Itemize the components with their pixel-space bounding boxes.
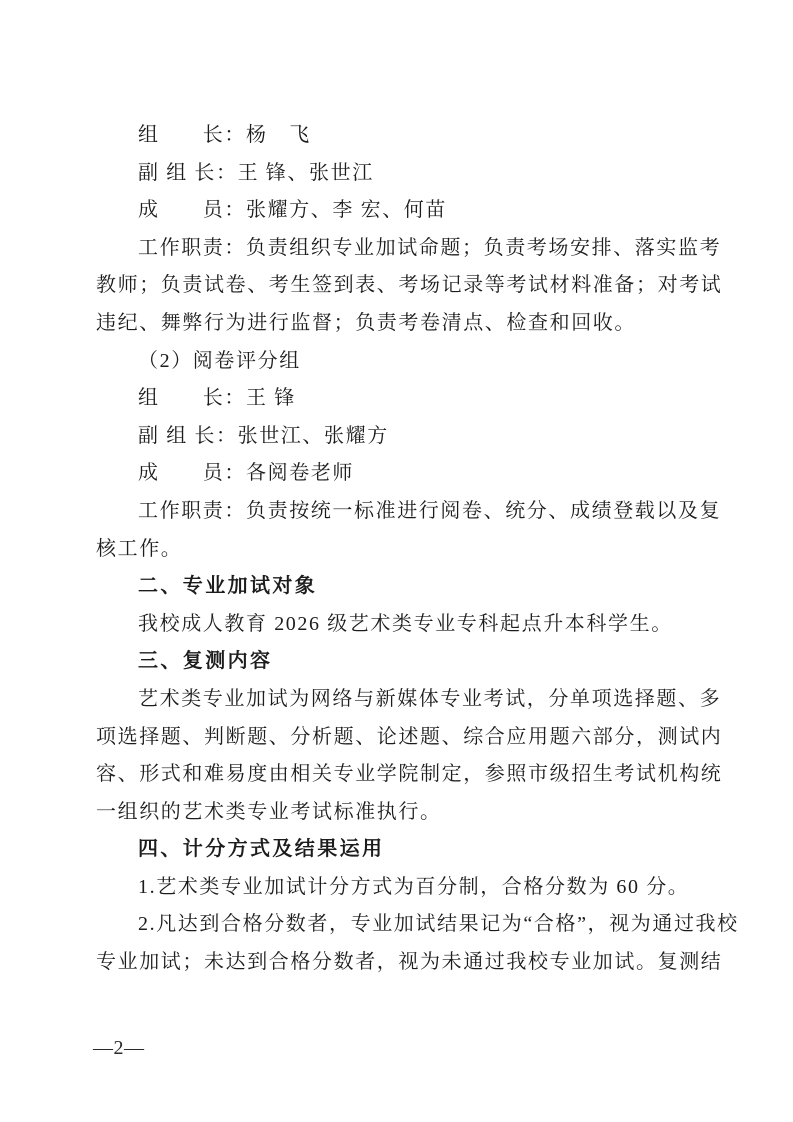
text-line: 违纪、舞弊行为进行监督；负责考卷清点、检查和回收。	[96, 305, 744, 343]
text-line: 教师；负责试卷、考生签到表、考场记录等考试材料准备；对考试	[96, 267, 744, 305]
text-line-item-1: 1.艺术类专业加试计分方式为百分制，合格分数为 60 分。	[96, 869, 744, 907]
document-page: 组 长：杨 飞 副 组 长：王 锋、张世江 成 员：张耀方、李 宏、何苗 工作职…	[0, 0, 793, 1122]
text-line: 项选择题、判断题、分析题、论述题、综合应用题六部分，测试内	[96, 719, 744, 757]
text-line-leader: 组 长：王 锋	[96, 380, 744, 418]
text-line: 一组织的艺术类专业考试标准执行。	[96, 794, 744, 832]
text-line-members: 成 员：各阅卷老师	[96, 455, 744, 493]
text-line-deputy-leader: 副 组 长：王 锋、张世江	[96, 155, 744, 193]
text-line: 核工作。	[96, 531, 744, 569]
page-number: —2—	[93, 1036, 145, 1060]
section-heading-3: 三、复测内容	[96, 643, 744, 681]
section-heading-4: 四、计分方式及结果运用	[96, 831, 744, 869]
text-line-members: 成 员：张耀方、李 宏、何苗	[96, 192, 744, 230]
text-line: 我校成人教育 2026 级艺术类专业专科起点升本科学生。	[96, 606, 744, 644]
text-line: 艺术类专业加试为网络与新媒体专业考试，分单项选择题、多	[96, 681, 744, 719]
text-line-deputy-leader: 副 组 长：张世江、张耀方	[96, 418, 744, 456]
text-line: 专业加试；未达到合格分数者，视为未通过我校专业加试。复测结	[96, 944, 744, 982]
text-block: 组 长：杨 飞 副 组 长：王 锋、张世江 成 员：张耀方、李 宏、何苗 工作职…	[96, 117, 744, 982]
text-line: 容、形式和难易度由相关专业学院制定，参照市级招生考试机构统	[96, 756, 744, 794]
text-line-subgroup: （2）阅卷评分组	[96, 343, 744, 381]
text-line-item-2: 2.凡达到合格分数者，专业加试结果记为“合格”，视为通过我校	[96, 906, 744, 944]
text-line-leader: 组 长：杨 飞	[96, 117, 744, 155]
text-line-duties: 工作职责：负责组织专业加试命题；负责考场安排、落实监考	[96, 230, 744, 268]
section-heading-2: 二、专业加试对象	[96, 568, 744, 606]
text-line-duties: 工作职责：负责按统一标准进行阅卷、统分、成绩登载以及复	[96, 493, 744, 531]
